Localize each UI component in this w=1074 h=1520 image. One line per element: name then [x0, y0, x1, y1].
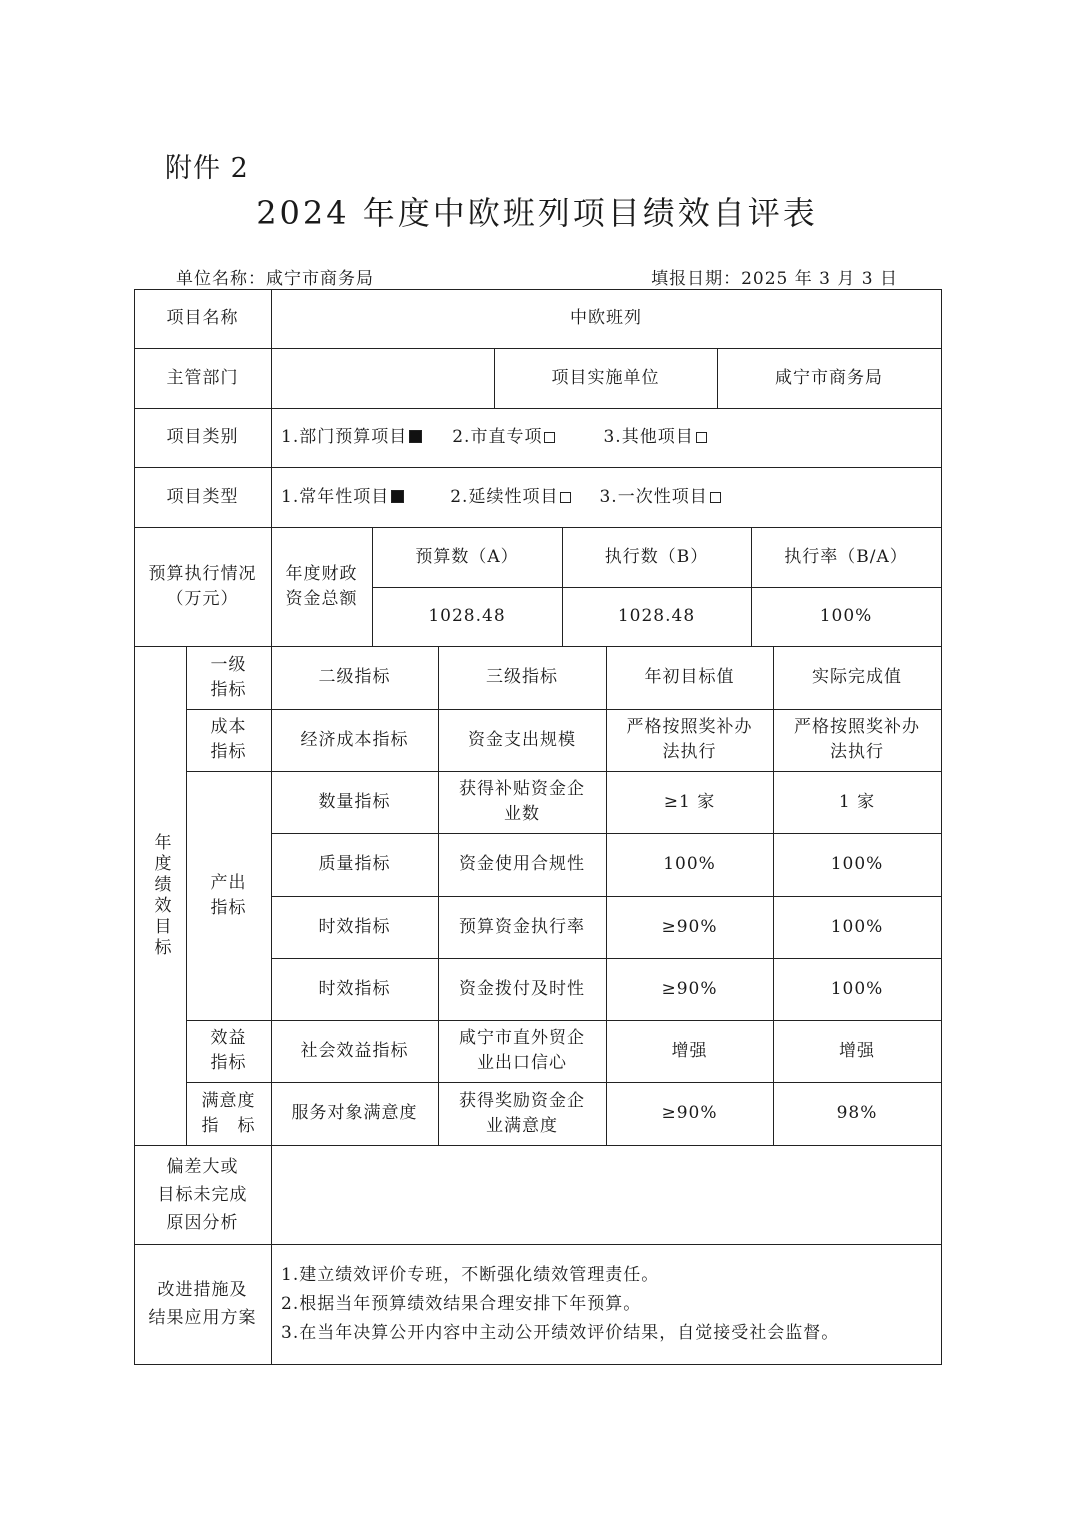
row-target: ≥90%	[606, 1082, 773, 1145]
unchecked-box-icon	[560, 492, 571, 503]
budget-section-label: 预算执行情况 （万元）	[134, 527, 271, 646]
header-level3: 三级指标	[438, 646, 606, 709]
row-level3: 预算资金执行率	[438, 896, 606, 958]
deviation-value	[271, 1145, 941, 1244]
improvement-measures: 1.建立绩效评价专班，不断强化绩效管理责任。 2.根据当年预算绩效结果合理安排下…	[271, 1244, 941, 1364]
project-name-label: 项目名称	[134, 289, 271, 348]
group-cost: 成本 指标	[186, 709, 271, 771]
report-date: 填报日期：2025 年 3 月 3 日	[651, 264, 898, 289]
budget-value-rate: 100%	[751, 587, 941, 646]
row-level2: 服务对象满意度	[271, 1082, 438, 1145]
row-level2: 社会效益指标	[271, 1020, 438, 1082]
category-option: 2.市直专项	[452, 425, 555, 450]
row-actual: 100%	[773, 896, 941, 958]
type-option: 1.常年性项目	[281, 485, 404, 510]
improvement-label: 改进措施及 结果应用方案	[134, 1244, 271, 1364]
header-actual: 实际完成值	[773, 646, 941, 709]
unchecked-box-icon	[710, 492, 721, 503]
row-level2: 数量指标	[271, 771, 438, 833]
unit-name: 单位名称：咸宁市商务局	[176, 264, 374, 289]
row-target: ≥90%	[606, 896, 773, 958]
budget-value-a: 1028.48	[372, 587, 562, 646]
attachment-label: 附件 2	[165, 146, 249, 185]
group-output: 产出 指标	[186, 771, 271, 1020]
group-satisfaction: 满意度 指 标	[186, 1082, 271, 1145]
header-target: 年初目标值	[606, 646, 773, 709]
row-level3: 资金支出规模	[438, 709, 606, 771]
row-target: ≥90%	[606, 958, 773, 1020]
row-level3: 获得奖励资金企业满意度	[438, 1082, 606, 1145]
type-options: 1.常年性项目 2.延续性项目 3.一次性项目	[271, 467, 941, 527]
table-border	[941, 289, 942, 1365]
type-label: 项目类型	[134, 467, 271, 527]
type-option: 3.一次性项目	[599, 485, 720, 510]
project-name-value: 中欧班列	[271, 289, 941, 348]
row-target: 100%	[606, 833, 773, 896]
measure-item: 3.在当年决算公开内容中主动公开绩效评价结果，自觉接受社会监督。	[281, 1319, 839, 1348]
row-target: 严格按照奖补办法执行	[606, 709, 773, 771]
category-label: 项目类别	[134, 408, 271, 467]
budget-header-rate: 执行率（B/A）	[751, 527, 941, 587]
dept-label: 主管部门	[134, 348, 271, 408]
row-actual: 100%	[773, 833, 941, 896]
row-actual: 增强	[773, 1020, 941, 1082]
measure-item: 1.建立绩效评价专班，不断强化绩效管理责任。	[281, 1261, 839, 1290]
budget-header-b: 执行数（B）	[562, 527, 751, 587]
row-level3: 资金使用合规性	[438, 833, 606, 896]
row-level2: 时效指标	[271, 958, 438, 1020]
header-level1: 一级 指标	[186, 646, 271, 709]
row-actual: 98%	[773, 1082, 941, 1145]
budget-total-label: 年度财政 资金总额	[271, 527, 372, 646]
impl-unit-label: 项目实施单位	[494, 348, 717, 408]
category-options: 1.部门预算项目 2.市直专项 3.其他项目	[271, 408, 941, 467]
unchecked-box-icon	[544, 432, 555, 443]
unchecked-box-icon	[696, 432, 707, 443]
row-level3: 咸宁市直外贸企业出口信心	[438, 1020, 606, 1082]
impl-unit-value: 咸宁市商务局	[717, 348, 941, 408]
row-target: ≥1 家	[606, 771, 773, 833]
row-level3: 资金拨付及时性	[438, 958, 606, 1020]
header-level2: 二级指标	[271, 646, 438, 709]
category-option: 3.其他项目	[603, 425, 706, 450]
document-title: 2024 年度中欧班列项目绩效自评表	[0, 188, 1074, 234]
row-actual: 严格按照奖补办法执行	[773, 709, 941, 771]
group-benefit: 效益 指标	[186, 1020, 271, 1082]
row-level2: 经济成本指标	[271, 709, 438, 771]
checked-box-icon	[409, 430, 422, 443]
dept-value	[271, 348, 494, 408]
measure-item: 2.根据当年预算绩效结果合理安排下年预算。	[281, 1290, 839, 1319]
row-level2: 时效指标	[271, 896, 438, 958]
row-level3: 获得补贴资金企业数	[438, 771, 606, 833]
row-level2: 质量指标	[271, 833, 438, 896]
deviation-label: 偏差大或 目标未完成 原因分析	[134, 1145, 271, 1244]
table-border	[134, 1364, 942, 1365]
budget-value-b: 1028.48	[562, 587, 751, 646]
row-actual: 1 家	[773, 771, 941, 833]
budget-header-a: 预算数（A）	[372, 527, 562, 587]
row-target: 增强	[606, 1020, 773, 1082]
category-option: 1.部门预算项目	[281, 425, 422, 450]
performance-section-label: 年度绩效目标	[134, 646, 186, 1145]
row-actual: 100%	[773, 958, 941, 1020]
checked-box-icon	[391, 490, 404, 503]
type-option: 2.延续性项目	[450, 485, 571, 510]
